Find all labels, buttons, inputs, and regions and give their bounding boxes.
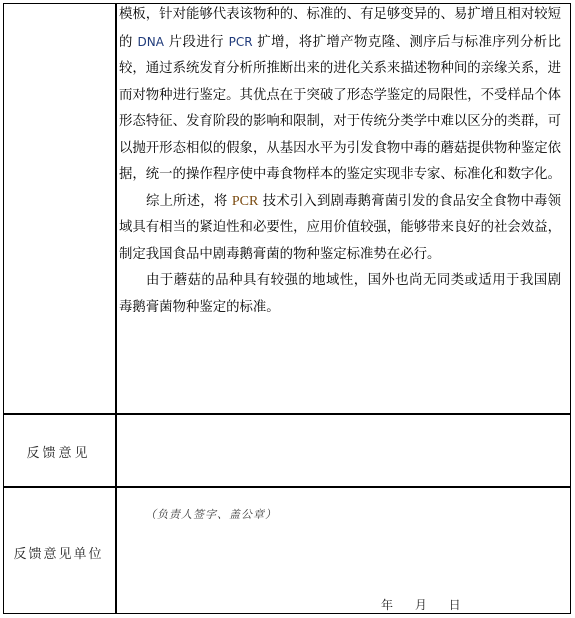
- row-divider: [4, 486, 570, 488]
- feedback-label: 反馈意见: [3, 442, 114, 461]
- feedback-input-cell[interactable]: [116, 414, 570, 486]
- description-cell: 模板，针对能够代表该物种的、标准的、有足够变异的、易扩增且相对较短的 DNA 片…: [119, 2, 561, 321]
- pcr-term: PCR: [229, 35, 253, 49]
- signature-note: （负责人签字、盖公章）: [145, 506, 277, 522]
- dna-term: DNA: [138, 35, 164, 49]
- feedback-unit-label: 反馈意见单位: [3, 543, 114, 562]
- paragraph-summary: 综上所述，将 PCR 技术引入到剧毒鹅膏菌引发的食品安全食物中毒领域具有相当的紧…: [119, 189, 561, 269]
- pcr-term: PCR: [232, 194, 258, 209]
- column-divider: [115, 4, 117, 613]
- paragraph-method: 模板，针对能够代表该物种的、标准的、有足够变异的、易扩增且相对较短的 DNA 片…: [119, 2, 561, 189]
- date-line: 年 月 日: [381, 596, 461, 613]
- paragraph-standards: 由于蘑菇的品种具有较强的地域性，国外也尚无同类或适用于我国剧毒鹅膏菌物种鉴定的标…: [119, 268, 561, 321]
